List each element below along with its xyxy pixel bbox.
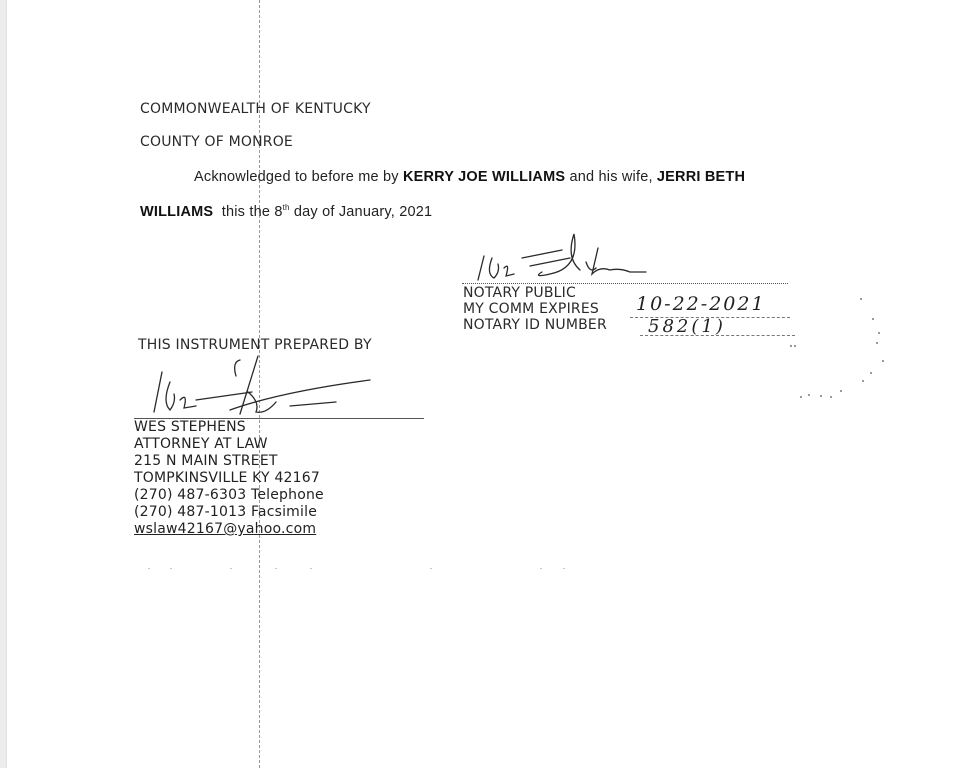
preparer-signature — [140, 352, 400, 422]
scan-speck — [170, 568, 172, 569]
preparer-title: ATTORNEY AT LAW — [134, 436, 268, 453]
date-prefix: this the 8 — [222, 204, 283, 220]
scan-speck — [148, 568, 150, 569]
acknowledgment-line-2: WILLIAMS this the 8th day of January, 20… — [140, 203, 432, 220]
preparer-heading: THIS INSTRUMENT PREPARED BY — [138, 337, 372, 353]
notary-seal-stamp — [790, 280, 890, 400]
party-1-name: KERRY JOE WILLIAMS — [403, 169, 565, 185]
party-2-name-first: JERRI BETH — [657, 169, 745, 185]
comm-expires-label: MY COMM EXPIRES — [463, 301, 599, 317]
preparer-email[interactable]: wslaw42167@yahoo.com — [134, 521, 316, 538]
acknowledgment-line-1: Acknowledged to before me by KERRY JOE W… — [194, 169, 745, 185]
preparer-phone: (270) 487-6303 Telephone — [134, 487, 324, 504]
notary-signature — [470, 228, 670, 288]
date-ordinal: th — [283, 203, 290, 212]
notary-signature-line — [462, 283, 788, 284]
notary-id-value: 582(1) — [648, 316, 726, 337]
comm-expires-value: 10-22-2021 — [636, 293, 766, 315]
notary-id-line — [640, 335, 795, 336]
notary-id-label: NOTARY ID NUMBER — [463, 317, 607, 333]
scan-speck — [230, 568, 232, 569]
party-2-name-last: WILLIAMS — [140, 204, 213, 220]
scan-speck — [563, 568, 565, 569]
scan-speck — [540, 568, 542, 569]
date-suffix: day of January, 2021 — [294, 204, 432, 220]
ack-connector: and his wife, — [569, 169, 652, 185]
scan-speck — [430, 568, 432, 569]
ack-prefix: Acknowledged to before me by — [194, 169, 399, 185]
preparer-name: WES STEPHENS — [134, 419, 246, 436]
page-edge — [0, 0, 7, 768]
notary-title: NOTARY PUBLIC — [463, 285, 576, 301]
scan-speck — [275, 568, 277, 569]
preparer-street: 215 N MAIN STREET — [134, 453, 278, 470]
preparer-fax: (270) 487-1013 Facsimile — [134, 504, 317, 521]
state-heading: COMMONWEALTH OF KENTUCKY — [140, 101, 371, 117]
county-heading: COUNTY OF MONROE — [140, 134, 293, 150]
preparer-city: TOMPKINSVILLE KY 42167 — [134, 470, 320, 487]
scan-speck — [310, 568, 312, 569]
